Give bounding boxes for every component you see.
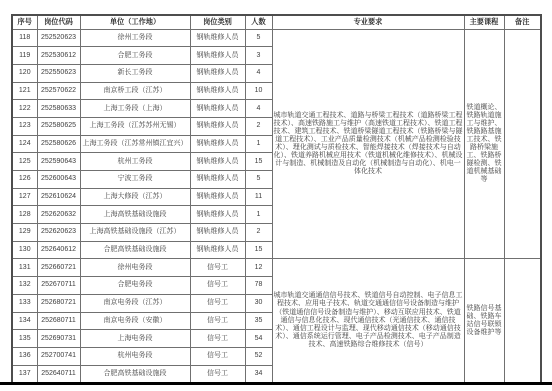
- cell-code: 252520623: [37, 29, 80, 47]
- cell-no: 133: [12, 294, 37, 312]
- cell-no: 130: [12, 241, 37, 259]
- cell-category: 钢轨维修人员: [190, 47, 245, 65]
- cell-category: 钢轨维修人员: [190, 224, 245, 242]
- cell-category: 信号工: [190, 365, 245, 383]
- column-header-count: 人数: [245, 15, 272, 29]
- cell-no: 136: [12, 347, 37, 365]
- cell-code: 252620623: [37, 224, 80, 242]
- cell-unit: 上海高铁基础设施段: [80, 206, 190, 224]
- cell-category: 钢轨维修人员: [190, 171, 245, 189]
- cell-unit: 合肥工务段: [80, 47, 190, 65]
- cell-unit: 新长工务段: [80, 64, 190, 82]
- recruitment-table: 序号岗位代码单位（工作地）岗位类别人数专业要求主要课程备注 1182525206…: [11, 14, 542, 384]
- column-header-category: 岗位类别: [190, 15, 245, 29]
- cell-count: 30: [245, 294, 272, 312]
- cell-category: 信号工: [190, 347, 245, 365]
- column-header-course: 主要课程: [464, 15, 504, 29]
- cell-requirements-group2: 城市轨道交通通信信号技术、铁道信号自动控制、电子信息工程技术、应用电子技术、轨道…: [272, 259, 464, 383]
- cell-no: 122: [12, 100, 37, 118]
- cell-no: 118: [12, 29, 37, 47]
- cell-code: 252700741: [37, 347, 80, 365]
- cell-no: 134: [12, 312, 37, 330]
- page-bottom-rule: [0, 382, 552, 385]
- cell-count: 1: [245, 206, 272, 224]
- cell-count: 1: [245, 135, 272, 153]
- cell-unit: 合肥高铁基础设施段: [80, 241, 190, 259]
- cell-unit: 上海工务段（上海）: [80, 100, 190, 118]
- cell-unit: 上海大修段（江苏）: [80, 188, 190, 206]
- cell-category: 信号工: [190, 294, 245, 312]
- cell-code: 252640612: [37, 241, 80, 259]
- cell-count: 11: [245, 188, 272, 206]
- cell-code: 252580625: [37, 117, 80, 135]
- cell-unit: 徐州电务段: [80, 259, 190, 277]
- cell-unit: 南京电务段（江苏）: [80, 294, 190, 312]
- cell-category: 钢轨维修人员: [190, 117, 245, 135]
- column-header-req: 专业要求: [272, 15, 464, 29]
- cell-count: 4: [245, 100, 272, 118]
- cell-code: 252670711: [37, 277, 80, 295]
- column-header-unit: 单位（工作地）: [80, 15, 190, 29]
- cell-unit: 合肥高铁基础设施段: [80, 365, 190, 383]
- cell-category: 信号工: [190, 312, 245, 330]
- cell-no: 124: [12, 135, 37, 153]
- cell-count: 12: [245, 259, 272, 277]
- cell-category: 钢轨维修人员: [190, 135, 245, 153]
- cell-unit: 合肥电务段: [80, 277, 190, 295]
- cell-code: 252690731: [37, 330, 80, 348]
- cell-no: 131: [12, 259, 37, 277]
- cell-code: 252610624: [37, 188, 80, 206]
- column-header-code: 岗位代码: [37, 15, 80, 29]
- column-header-no: 序号: [12, 15, 37, 29]
- column-header-remark: 备注: [504, 15, 541, 29]
- cell-code: 252680711: [37, 312, 80, 330]
- cell-no: 137: [12, 365, 37, 383]
- cell-unit: 上海工务段（江苏常州镇江宜兴）: [80, 135, 190, 153]
- cell-count: 52: [245, 347, 272, 365]
- cell-category: 信号工: [190, 277, 245, 295]
- cell-unit: 上海高铁基础设施段（江苏）: [80, 224, 190, 242]
- cell-count: 5: [245, 171, 272, 189]
- cell-category: 钢轨维修人员: [190, 188, 245, 206]
- cell-code: 252600643: [37, 171, 80, 189]
- cell-code: 252620632: [37, 206, 80, 224]
- cell-no: 126: [12, 171, 37, 189]
- cell-unit: 南京桥工段（江苏）: [80, 82, 190, 100]
- cell-category: 信号工: [190, 330, 245, 348]
- header-row: 序号岗位代码单位（工作地）岗位类别人数专业要求主要课程备注: [12, 15, 541, 29]
- table-body: 118252520623徐州工务段钢轨维修人员5城市轨道交通工程技术、道路与桥梁…: [12, 29, 541, 383]
- cell-count: 3: [245, 47, 272, 65]
- cell-code: 252640711: [37, 365, 80, 383]
- cell-no: 127: [12, 188, 37, 206]
- cell-count: 15: [245, 241, 272, 259]
- table-row: 131252660721徐州电务段信号工12城市轨道交通通信信号技术、铁道信号自…: [12, 259, 541, 277]
- cell-code: 252570622: [37, 82, 80, 100]
- cell-category: 钢轨维修人员: [190, 153, 245, 171]
- cell-courses-group1: 铁道概论、铁路轨道施工与维护、铁路路基施工技术、铁路桥梁施工、铁路桥隧检测、铁道…: [464, 29, 504, 259]
- cell-code: 252580626: [37, 135, 80, 153]
- cell-requirements-group1: 城市轨道交通工程技术、道路与桥梁工程技术（道路桥梁工程技术）、高速铁路施工与维护…: [272, 29, 464, 259]
- cell-count: 78: [245, 277, 272, 295]
- cell-unit: 杭州工务段: [80, 153, 190, 171]
- cell-category: 钢轨维修人员: [190, 100, 245, 118]
- cell-no: 123: [12, 117, 37, 135]
- cell-unit: 徐州工务段: [80, 29, 190, 47]
- document-sheet: 序号岗位代码单位（工作地）岗位类别人数专业要求主要课程备注 1182525206…: [0, 0, 552, 391]
- cell-count: 54: [245, 330, 272, 348]
- cell-no: 121: [12, 82, 37, 100]
- cell-code: 252680721: [37, 294, 80, 312]
- cell-count: 35: [245, 312, 272, 330]
- cell-no: 125: [12, 153, 37, 171]
- cell-no: 129: [12, 224, 37, 242]
- cell-no: 120: [12, 64, 37, 82]
- cell-category: 钢轨维修人员: [190, 82, 245, 100]
- cell-count: 15: [245, 153, 272, 171]
- cell-count: 10: [245, 82, 272, 100]
- cell-remark-group2: [504, 259, 541, 383]
- cell-no: 135: [12, 330, 37, 348]
- cell-unit: 上海工务段（江苏苏州无锡）: [80, 117, 190, 135]
- cell-no: 119: [12, 47, 37, 65]
- cell-code: 252550623: [37, 64, 80, 82]
- cell-count: 2: [245, 117, 272, 135]
- cell-category: 钢轨维修人员: [190, 29, 245, 47]
- cell-code: 252530612: [37, 47, 80, 65]
- cell-remark-group1: [504, 29, 541, 259]
- cell-code: 252660721: [37, 259, 80, 277]
- cell-unit: 上海电务段: [80, 330, 190, 348]
- cell-count: 4: [245, 64, 272, 82]
- table-row: 118252520623徐州工务段钢轨维修人员5城市轨道交通工程技术、道路与桥梁…: [12, 29, 541, 47]
- cell-count: 5: [245, 29, 272, 47]
- cell-no: 128: [12, 206, 37, 224]
- cell-unit: 宁波工务段: [80, 171, 190, 189]
- cell-unit: 杭州电务段: [80, 347, 190, 365]
- table-header: 序号岗位代码单位（工作地）岗位类别人数专业要求主要课程备注: [12, 15, 541, 29]
- cell-no: 132: [12, 277, 37, 295]
- cell-code: 252580633: [37, 100, 80, 118]
- cell-courses-group2: 铁路信号基础、铁路车站信号联锁设备维护等: [464, 259, 504, 383]
- cell-count: 34: [245, 365, 272, 383]
- cell-code: 252590643: [37, 153, 80, 171]
- cell-unit: 南京电务段（安徽）: [80, 312, 190, 330]
- cell-category: 钢轨维修人员: [190, 241, 245, 259]
- cell-category: 信号工: [190, 259, 245, 277]
- cell-category: 钢轨维修人员: [190, 64, 245, 82]
- cell-count: 2: [245, 224, 272, 242]
- cell-category: 钢轨维修人员: [190, 206, 245, 224]
